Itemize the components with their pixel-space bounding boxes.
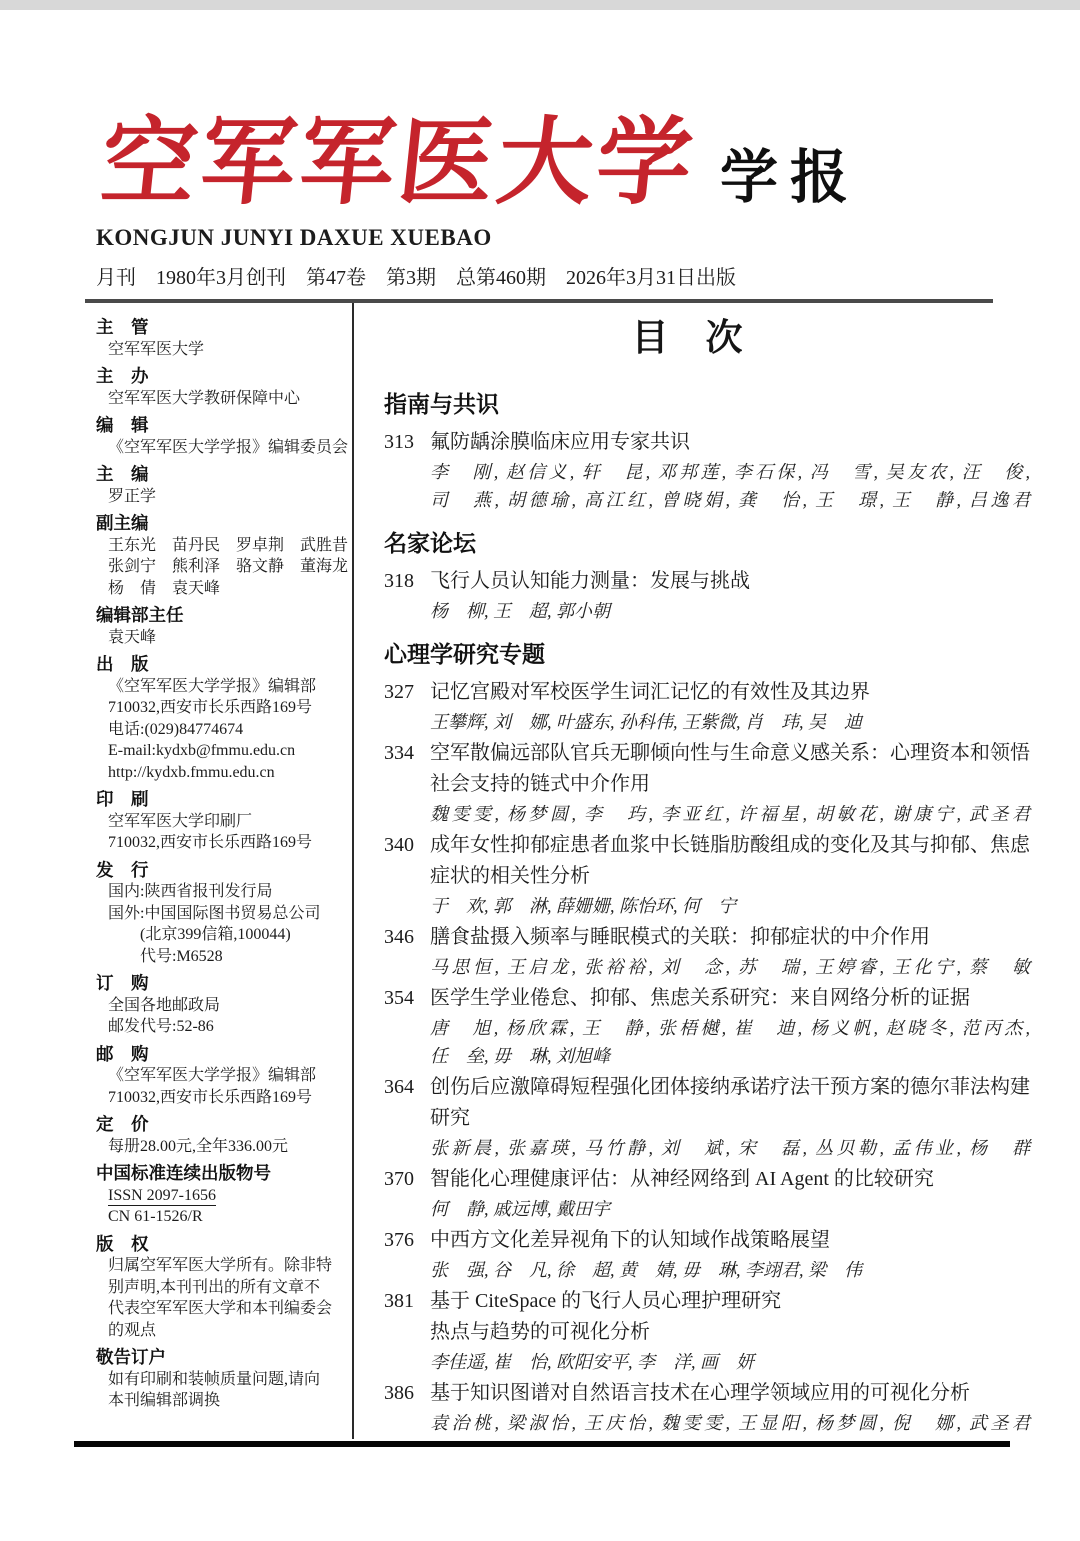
toc-title-lines: 智能化心理健康评估：从神经网络到 AI Agent 的比较研究 <box>430 1164 1030 1195</box>
masthead-block: 出 版《空军军医大学学报》编辑部710032,西安市长乐西路169号电话:(02… <box>96 654 352 783</box>
masthead-line: 代号:M6528 <box>96 946 352 968</box>
masthead-line: 空军军医大学教研保障中心 <box>96 388 352 410</box>
romanized-title: KONGJUN JUNYI DAXUE XUEBAO <box>96 225 1010 251</box>
toc-title-line: 热点与趋势的可视化分析 <box>430 1317 1030 1348</box>
toc-title-lines: 空军散偏远部队官兵无聊倾向性与生命意义感关系：心理资本和领悟社会支持的链式中介作… <box>430 738 1030 800</box>
masthead-label: 主 管 <box>96 317 352 339</box>
masthead-block: 敬告订户如有印刷和装帧质量问题,请向本刊编辑部调换 <box>96 1347 352 1412</box>
masthead-line: (北京399信箱,100044) <box>96 924 352 946</box>
masthead-block: 副主编王东光 苗丹民 罗卓荆 武胜昔张剑宁 熊利泽 骆文静 董海龙杨 倩 袁天峰 <box>96 513 352 599</box>
toc-title-line: 智能化心理健康评估：从神经网络到 AI Agent 的比较研究 <box>430 1164 1030 1195</box>
content-columns: 主 管空军军医大学主 办空军军医大学教研保障中心编 辑《空军军医大学学报》编辑委… <box>96 303 1010 1439</box>
toc-item: 386基于知识图谱对自然语言技术在心理学领域应用的可视化分析袁治桃, 梁淑怡, … <box>384 1378 1030 1437</box>
toc-title-row: 334空军散偏远部队官兵无聊倾向性与生命意义感关系：心理资本和领悟社会支持的链式… <box>384 738 1030 800</box>
toc-title: 目 次 <box>384 317 990 359</box>
toc-page-number: 340 <box>384 830 430 892</box>
masthead-block: 主 编罗正学 <box>96 464 352 507</box>
masthead-line: 国外:中国国际图书贸易总公司 <box>96 903 352 925</box>
toc-item: 340成年女性抑郁症患者血浆中长链脂肪酸组成的变化及其与抑郁、焦虑症状的相关性分… <box>384 830 1030 920</box>
journal-header: 空军军医大学 学报 KONGJUN JUNYI DAXUE XUEBAO 月刊 … <box>0 10 1080 290</box>
masthead-line: 《空军军医大学学报》编辑委员会 <box>96 437 352 459</box>
toc-title-lines: 氟防龋涂膜临床应用专家共识 <box>430 427 1030 458</box>
toc-title-row: 386基于知识图谱对自然语言技术在心理学领域应用的可视化分析 <box>384 1378 1030 1409</box>
masthead-line: 张剑宁 熊利泽 骆文静 董海龙 <box>96 556 352 578</box>
masthead-line: 罗正学 <box>96 486 352 508</box>
masthead-line: 王东光 苗丹民 罗卓荆 武胜昔 <box>96 535 352 557</box>
toc-author-line: 何 静, 戚远博, 戴田宇 <box>430 1195 1030 1223</box>
toc-author-line: 马思恒, 王启龙, 张裕裕, 刘 念, 苏 瑞, 王婷睿, 王化宁, 蔡 敏 <box>430 953 1030 981</box>
toc-page-number: 386 <box>384 1378 430 1409</box>
masthead-line: 每册28.00元,全年336.00元 <box>96 1136 352 1158</box>
toc-title-row: 354医学生学业倦怠、抑郁、焦虑关系研究：来自网络分析的证据 <box>384 983 1030 1014</box>
toc-item: 327记忆宫殿对军校医学生词汇记忆的有效性及其边界王攀辉, 刘 娜, 叶盛东, … <box>384 677 1030 736</box>
toc-title-row: 318飞行人员认知能力测量：发展与挑战 <box>384 566 1030 597</box>
masthead-line: 710032,西安市长乐西路169号 <box>96 1087 352 1109</box>
toc-page-number: 364 <box>384 1072 430 1134</box>
masthead-line: 空军军医大学印刷厂 <box>96 811 352 833</box>
masthead-block: 主 办空军军医大学教研保障中心 <box>96 366 352 409</box>
journal-name-calligraphy: 空军军医大学 <box>96 108 701 217</box>
toc-title-line: 中西方文化差异视角下的认知域作战策略展望 <box>430 1225 1030 1256</box>
masthead-line: 袁天峰 <box>96 627 352 649</box>
toc-item: 364创伤后应激障碍短程强化团体接纳承诺疗法干预方案的德尔菲法构建研究张新晨, … <box>384 1072 1030 1162</box>
toc-title-line: 研究 <box>430 1103 1030 1134</box>
toc-title-line: 医学生学业倦怠、抑郁、焦虑关系研究：来自网络分析的证据 <box>430 983 1030 1014</box>
toc-author-line: 于 欢, 郭 淋, 薛姗姗, 陈怡环, 何 宁 <box>430 892 1030 920</box>
masthead-label: 发 行 <box>96 860 352 882</box>
masthead-line: 国内:陕西省报刊发行局 <box>96 881 352 903</box>
masthead-label: 编辑部主任 <box>96 605 352 627</box>
masthead-line: CN 61-1526/R <box>96 1206 352 1228</box>
masthead-label: 订 购 <box>96 973 352 995</box>
issn-number: ISSN 2097-1656 <box>108 1187 216 1206</box>
toc-title-lines: 基于 CiteSpace 的飞行人员心理护理研究热点与趋势的可视化分析 <box>430 1286 1030 1348</box>
masthead-line: 杨 倩 袁天峰 <box>96 578 352 600</box>
toc-item: 346膳食盐摄入频率与睡眠模式的关联：抑郁症状的中介作用马思恒, 王启龙, 张裕… <box>384 922 1030 981</box>
toc-title-line: 基于 CiteSpace 的飞行人员心理护理研究 <box>430 1286 1030 1317</box>
toc-title-lines: 中西方文化差异视角下的认知域作战策略展望 <box>430 1225 1030 1256</box>
toc-author-line: 杨 柳, 王 超, 郭小朝 <box>430 597 1030 625</box>
masthead-line: 本刊编辑部调换 <box>96 1390 352 1412</box>
toc-sections: 指南与共识313氟防龋涂膜临床应用专家共识李 刚, 赵信义, 轩 昆, 邓邦莲,… <box>384 389 1030 1437</box>
masthead-line: 如有印刷和装帧质量问题,请向 <box>96 1369 352 1391</box>
toc-title-line: 飞行人员认知能力测量：发展与挑战 <box>430 566 1030 597</box>
toc-title-row: 340成年女性抑郁症患者血浆中长链脂肪酸组成的变化及其与抑郁、焦虑症状的相关性分… <box>384 830 1030 892</box>
masthead-label: 定 价 <box>96 1114 352 1136</box>
toc-section-heading: 名家论坛 <box>384 528 1030 558</box>
masthead-line: 《空军军医大学学报》编辑部 <box>96 676 352 698</box>
toc-title-line: 创伤后应激障碍短程强化团体接纳承诺疗法干预方案的德尔菲法构建 <box>430 1072 1030 1103</box>
toc-item: 381基于 CiteSpace 的飞行人员心理护理研究热点与趋势的可视化分析李佳… <box>384 1286 1030 1376</box>
toc-author-line: 李佳遥, 崔 怡, 欧阳安平, 李 洋, 画 妍 <box>430 1348 1030 1376</box>
masthead-block: 订 购全国各地邮政局邮发代号:52-86 <box>96 973 352 1038</box>
masthead-line: http://kydxb.fmmu.edu.cn <box>96 762 352 784</box>
masthead-block: 印 刷空军军医大学印刷厂710032,西安市长乐西路169号 <box>96 789 352 854</box>
journal-contents-page: { "header": { "journal_name_calligraphy"… <box>0 0 1080 1541</box>
toc-title-row: 376中西方文化差异视角下的认知域作战策略展望 <box>384 1225 1030 1256</box>
masthead-label: 敬告订户 <box>96 1347 352 1369</box>
toc-page-number: 334 <box>384 738 430 800</box>
toc-author-line: 王攀辉, 刘 娜, 叶盛东, 孙科伟, 王紫微, 肖 玮, 吴 迪 <box>430 708 1030 736</box>
masthead-label: 印 刷 <box>96 789 352 811</box>
toc-author-line: 唐 旭, 杨欣霖, 王 静, 张梧樾, 崔 迪, 杨义帆, 赵晓冬, 范丙杰, <box>430 1014 1030 1042</box>
toc-item: 334空军散偏远部队官兵无聊倾向性与生命意义感关系：心理资本和领悟社会支持的链式… <box>384 738 1030 828</box>
toc-author-line: 张新晨, 张嘉瑛, 马竹静, 刘 斌, 宋 磊, 丛贝勒, 孟伟业, 杨 群 <box>430 1134 1030 1162</box>
masthead-label: 主 办 <box>96 366 352 388</box>
toc-title-line: 膳食盐摄入频率与睡眠模式的关联：抑郁症状的中介作用 <box>430 922 1030 953</box>
toc-page-number: 370 <box>384 1164 430 1195</box>
toc-author-line: 任 垒, 毋 琳, 刘旭峰 <box>430 1042 1030 1070</box>
masthead-line: 别声明,本刊刊出的所有文章不 <box>96 1277 352 1299</box>
page-top-strip <box>0 0 1080 10</box>
masthead-block: 版 权归属空军军医大学所有。除非特别声明,本刊刊出的所有文章不代表空军军医大学和… <box>96 1234 352 1342</box>
toc-title-line: 社会支持的链式中介作用 <box>430 769 1030 800</box>
masthead-line: 代表空军军医大学和本刊编委会 <box>96 1298 352 1320</box>
toc-title-lines: 飞行人员认知能力测量：发展与挑战 <box>430 566 1030 597</box>
toc-title-line: 成年女性抑郁症患者血浆中长链脂肪酸组成的变化及其与抑郁、焦虑 <box>430 830 1030 861</box>
toc-title-line: 症状的相关性分析 <box>430 861 1030 892</box>
toc-title-line: 基于知识图谱对自然语言技术在心理学领域应用的可视化分析 <box>430 1378 1030 1409</box>
toc-title-lines: 膳食盐摄入频率与睡眠模式的关联：抑郁症状的中介作用 <box>430 922 1030 953</box>
toc-page-number: 376 <box>384 1225 430 1256</box>
masthead-line: 空军军医大学 <box>96 339 352 361</box>
toc-page-number: 318 <box>384 566 430 597</box>
toc-page-number: 313 <box>384 427 430 458</box>
toc-author-line: 张 强, 谷 凡, 徐 超, 黄 婧, 毋 琳, 李翊君, 梁 伟 <box>430 1256 1030 1284</box>
toc-author-line: 司 燕, 胡德瑜, 高江红, 曾晓娟, 龚 怡, 王 璟, 王 静, 吕逸君 <box>430 486 1030 514</box>
masthead-line: 710032,西安市长乐西路169号 <box>96 832 352 854</box>
masthead-label: 邮 购 <box>96 1044 352 1066</box>
masthead-line: 《空军军医大学学报》编辑部 <box>96 1065 352 1087</box>
masthead-block: 编 辑《空军军医大学学报》编辑委员会 <box>96 415 352 458</box>
toc-title-lines: 成年女性抑郁症患者血浆中长链脂肪酸组成的变化及其与抑郁、焦虑症状的相关性分析 <box>430 830 1030 892</box>
toc-page-number: 354 <box>384 983 430 1014</box>
toc-page-number: 346 <box>384 922 430 953</box>
masthead-block: 编辑部主任袁天峰 <box>96 605 352 648</box>
toc-title-lines: 基于知识图谱对自然语言技术在心理学领域应用的可视化分析 <box>430 1378 1030 1409</box>
toc-page-number: 381 <box>384 1286 430 1348</box>
masthead-line: 全国各地邮政局 <box>96 995 352 1017</box>
toc-author-line: 魏雯雯, 杨梦圆, 李 玙, 李亚红, 许福星, 胡敏花, 谢康宁, 武圣君 <box>430 800 1030 828</box>
masthead-line: 710032,西安市长乐西路169号 <box>96 697 352 719</box>
masthead-block: 发 行国内:陕西省报刊发行局国外:中国国际图书贸易总公司(北京399信箱,100… <box>96 860 352 968</box>
masthead-label: 编 辑 <box>96 415 352 437</box>
journal-logo: 空军军医大学 学报 <box>96 108 1010 217</box>
toc-title-row: 346膳食盐摄入频率与睡眠模式的关联：抑郁症状的中介作用 <box>384 922 1030 953</box>
masthead-line: E-mail:kydxb@fmmu.edu.cn <box>96 740 352 762</box>
toc-title-row: 327记忆宫殿对军校医学生词汇记忆的有效性及其边界 <box>384 677 1030 708</box>
toc-item: 318飞行人员认知能力测量：发展与挑战杨 柳, 王 超, 郭小朝 <box>384 566 1030 625</box>
masthead-line: 的观点 <box>96 1320 352 1342</box>
toc-title-row: 364创伤后应激障碍短程强化团体接纳承诺疗法干预方案的德尔菲法构建研究 <box>384 1072 1030 1134</box>
toc-item: 354医学生学业倦怠、抑郁、焦虑关系研究：来自网络分析的证据唐 旭, 杨欣霖, … <box>384 983 1030 1070</box>
masthead-label: 主 编 <box>96 464 352 486</box>
toc-title-lines: 创伤后应激障碍短程强化团体接纳承诺疗法干预方案的德尔菲法构建研究 <box>430 1072 1030 1134</box>
masthead-label: 副主编 <box>96 513 352 535</box>
toc-author-line: 袁治桃, 梁淑怡, 王庆怡, 魏雯雯, 王显阳, 杨梦圆, 倪 娜, 武圣君 <box>430 1409 1030 1437</box>
masthead-label: 版 权 <box>96 1234 352 1256</box>
issue-info-line: 月刊 1980年3月创刊 第47卷 第3期 总第460期 2026年3月31日出… <box>96 261 1010 290</box>
toc-title-row: 381基于 CiteSpace 的飞行人员心理护理研究热点与趋势的可视化分析 <box>384 1286 1030 1348</box>
masthead: 主 管空军军医大学主 办空军军医大学教研保障中心编 辑《空军军医大学学报》编辑委… <box>96 303 352 1439</box>
toc-section-heading: 指南与共识 <box>384 389 1030 419</box>
masthead-line: 邮发代号:52-86 <box>96 1016 352 1038</box>
masthead-block: 主 管空军军医大学 <box>96 317 352 360</box>
masthead-line: ISSN 2097-1656 <box>96 1185 352 1207</box>
toc-item: 370智能化心理健康评估：从神经网络到 AI Agent 的比较研究何 静, 戚… <box>384 1164 1030 1223</box>
toc-title-lines: 医学生学业倦怠、抑郁、焦虑关系研究：来自网络分析的证据 <box>430 983 1030 1014</box>
toc-section-heading: 心理学研究专题 <box>384 639 1030 669</box>
masthead-label: 中国标准连续出版物号 <box>96 1163 352 1185</box>
toc-item: 376中西方文化差异视角下的认知域作战策略展望张 强, 谷 凡, 徐 超, 黄 … <box>384 1225 1030 1284</box>
journal-name-suffix: 学报 <box>720 149 860 217</box>
toc-title-line: 氟防龋涂膜临床应用专家共识 <box>430 427 1030 458</box>
toc-title-lines: 记忆宫殿对军校医学生词汇记忆的有效性及其边界 <box>430 677 1030 708</box>
masthead-line: 电话:(029)84774674 <box>96 719 352 741</box>
toc-item: 313氟防龋涂膜临床应用专家共识李 刚, 赵信义, 轩 昆, 邓邦莲, 李石保,… <box>384 427 1030 514</box>
masthead-line: 归属空军军医大学所有。除非特 <box>96 1255 352 1277</box>
toc-title-line: 空军散偏远部队官兵无聊倾向性与生命意义感关系：心理资本和领悟 <box>430 738 1030 769</box>
masthead-block: 中国标准连续出版物号ISSN 2097-1656CN 61-1526/R <box>96 1163 352 1228</box>
toc: 目 次 指南与共识313氟防龋涂膜临床应用专家共识李 刚, 赵信义, 轩 昆, … <box>354 303 1030 1439</box>
toc-title-row: 313氟防龋涂膜临床应用专家共识 <box>384 427 1030 458</box>
masthead-block: 邮 购《空军军医大学学报》编辑部710032,西安市长乐西路169号 <box>96 1044 352 1109</box>
toc-author-line: 李 刚, 赵信义, 轩 昆, 邓邦莲, 李石保, 冯 雪, 吴友农, 汪 俊, <box>430 458 1030 486</box>
toc-page-number: 327 <box>384 677 430 708</box>
toc-title-row: 370智能化心理健康评估：从神经网络到 AI Agent 的比较研究 <box>384 1164 1030 1195</box>
toc-title-line: 记忆宫殿对军校医学生词汇记忆的有效性及其边界 <box>430 677 1030 708</box>
masthead-block: 定 价每册28.00元,全年336.00元 <box>96 1114 352 1157</box>
bottom-rule <box>74 1441 1010 1447</box>
masthead-label: 出 版 <box>96 654 352 676</box>
